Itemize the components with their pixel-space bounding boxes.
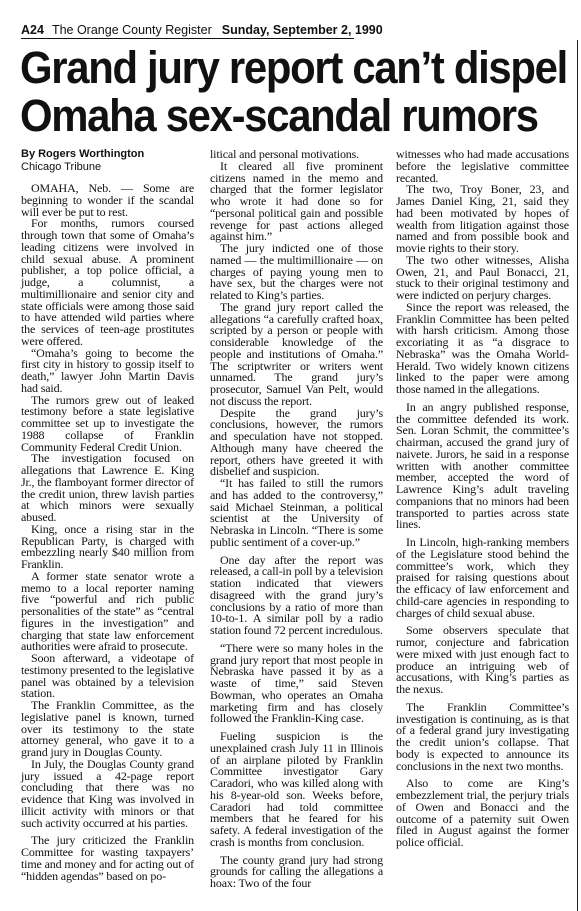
paragraph: Since the report was released, the Frank…: [396, 302, 569, 396]
publication-date: Sunday, September 2, 1990: [222, 23, 383, 37]
paragraph: “It has failed to still the rumors and h…: [210, 478, 383, 549]
article-column-2: litical and personal motivations. It cle…: [210, 149, 383, 890]
headline-line-2: Omaha sex-scandal rumors: [20, 90, 538, 141]
paragraph: The investigation focused on allegations…: [21, 453, 194, 524]
paragraph: Also to come are King’s embezzlement tri…: [396, 778, 569, 849]
paragraph: The Franklin Committee, as the legislati…: [21, 700, 194, 759]
paragraph: One day after the report was released, a…: [210, 555, 383, 637]
paragraph: Fueling suspicion is the unexplained cra…: [210, 731, 383, 849]
paragraph: OMAHA, Neb. — Some are beginning to wond…: [21, 183, 194, 218]
byline: By Rogers Worthington Chicago Tribune: [21, 148, 191, 173]
paragraph: In an angry published response, the comm…: [396, 402, 569, 531]
page-folio: A24The Orange County RegisterSunday, Sep…: [21, 22, 354, 39]
page-number: A24: [21, 23, 44, 37]
byline-author: By Rogers Worthington: [21, 148, 191, 161]
paragraph: The two other witnesses, Alisha Owen, 21…: [396, 255, 569, 302]
headline-line-1: Grand jury report can’t dispel: [20, 42, 567, 93]
article-column-1: OMAHA, Neb. — Some are beginning to wond…: [21, 183, 194, 882]
paragraph: “Omaha’s going to become the first city …: [21, 348, 194, 395]
paragraph: Some observers speculate that rumor, con…: [396, 625, 569, 696]
paragraph: The jury criticized the Franklin Committ…: [21, 835, 194, 882]
paragraph: For months, rumors coursed through town …: [21, 218, 194, 347]
headline: Grand jury report can’t dispel Omaha sex…: [20, 44, 504, 140]
column-rule: [577, 40, 578, 911]
paragraph: The Franklin Committee’s investigation i…: [396, 702, 569, 773]
paragraph: Despite the grand jury’s conclusions, ho…: [210, 408, 383, 479]
paragraph: The grand jury report called the allegat…: [210, 302, 383, 408]
paragraph: A former state senator wrote a memo to a…: [21, 571, 194, 653]
paragraph: Soon afterward, a videotape of testimony…: [21, 653, 194, 700]
paragraph: It cleared all five prominent citizens n…: [210, 161, 383, 243]
article-column-3: witnesses who had made accusations befor…: [396, 149, 569, 849]
paragraph: In July, the Douglas County grand jury i…: [21, 759, 194, 830]
paragraph: The jury indicted one of those named — t…: [210, 243, 383, 302]
byline-agency: Chicago Tribune: [21, 161, 191, 174]
paragraph: The county grand jury had strong grounds…: [210, 855, 383, 890]
paragraph: “There were so many holes in the grand j…: [210, 643, 383, 725]
paragraph: witnesses who had made accusations befor…: [396, 149, 569, 184]
paragraph: In Lincoln, high-ranking members of the …: [396, 537, 569, 619]
paragraph: The rumors grew out of leaked testimony …: [21, 395, 194, 454]
paragraph: The two, Troy Boner, 23, and James Danie…: [396, 184, 569, 255]
paragraph: King, once a rising star in the Republic…: [21, 524, 194, 571]
newspaper-name: The Orange County Register: [52, 23, 212, 37]
